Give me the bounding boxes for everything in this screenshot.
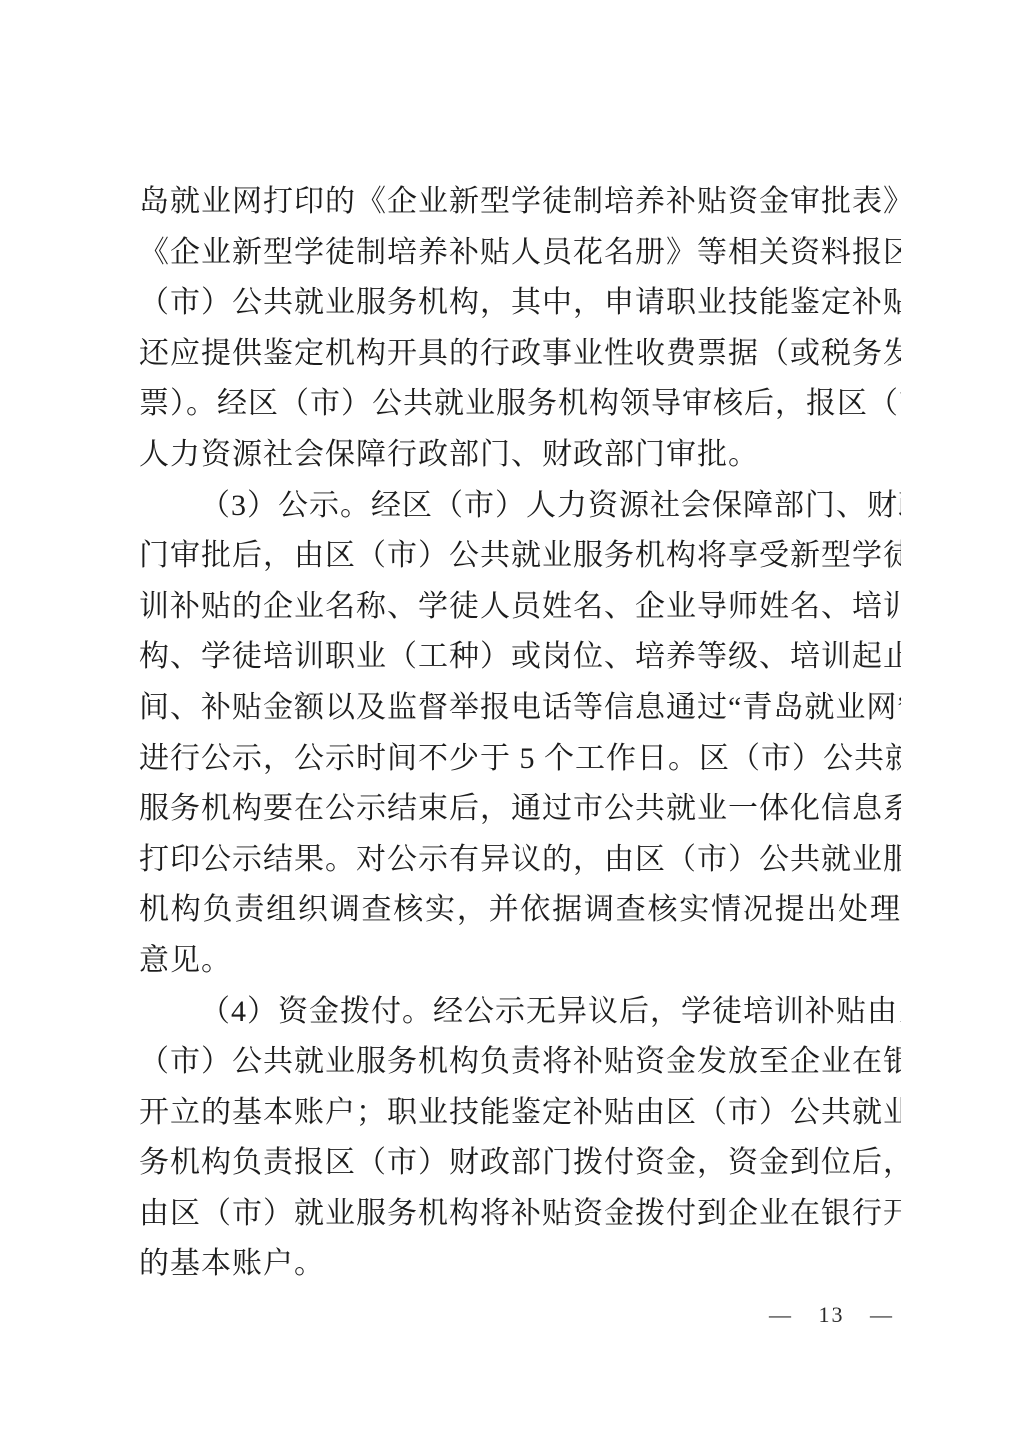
text-line: 人力资源社会保障行政部门、财政部门审批。 [139,430,901,481]
text-line: （市）公共就业服务机构负责将补贴资金发放至企业在银行 [139,1037,901,1088]
text-line: 由区（市）就业服务机构将补贴资金拨付到企业在银行开立 [139,1189,901,1240]
text-line: 门审批后，由区（市）公共就业服务机构将享受新型学徒培 [139,531,901,582]
text-line: 打印公示结果。对公示有异议的，由区（市）公共就业服务 [139,835,901,886]
text-line: 进行公示，公示时间不少于 5 个工作日。区（市）公共就业 [139,734,901,785]
text-line: 开立的基本账户；职业技能鉴定补贴由区（市）公共就业服 [139,1088,901,1139]
page-number: — 13 — [769,1300,894,1330]
text-line: 机构负责组织调查核实，并依据调查核实情况提出处理 [139,885,901,936]
paragraph: （3）公示。经区（市）人力资源社会保障部门、财政部门审批后，由区（市）公共就业服… [139,481,901,987]
text-line: 还应提供鉴定机构开具的行政事业性收费票据（或税务发 [139,329,901,380]
text-line: 票）。经区（市）公共就业服务机构领导审核后，报区（市） [139,379,901,430]
text-line: 务机构负责报区（市）财政部门拨付资金，资金到位后，再 [139,1138,901,1189]
text-line: 构、学徒培训职业（工种）或岗位、培养等级、培训起止时 [139,632,901,683]
text-line: 的基本账户。 [139,1239,901,1290]
text-line: 间、补贴金额以及监督举报电话等信息通过“青岛就业网” [139,683,901,734]
text-line: 训补贴的企业名称、学徒人员姓名、企业导师姓名、培训机 [139,582,901,633]
text-line: （市）公共就业服务机构，其中，申请职业技能鉴定补贴的 [139,278,901,329]
document-body: 岛就业网打印的《企业新型学徒制培养补贴资金审批表》及《企业新型学徒制培养补贴人员… [139,177,901,1290]
text-line: 意见。 [139,936,901,987]
text-line: （4）资金拨付。经公示无异议后，学徒培训补贴由区 [139,987,901,1038]
paragraph: （4）资金拨付。经公示无异议后，学徒培训补贴由区（市）公共就业服务机构负责将补贴… [139,987,901,1291]
document-page: 岛就业网打印的《企业新型学徒制培养补贴资金审批表》及《企业新型学徒制培养补贴人员… [0,0,1024,1448]
text-line: 《企业新型学徒制培养补贴人员花名册》等相关资料报区 [139,228,901,279]
text-line: （3）公示。经区（市）人力资源社会保障部门、财政部 [139,481,901,532]
text-line: 岛就业网打印的《企业新型学徒制培养补贴资金审批表》及 [139,177,901,228]
text-line: 服务机构要在公示结束后，通过市公共就业一体化信息系统 [139,784,901,835]
paragraph: 岛就业网打印的《企业新型学徒制培养补贴资金审批表》及《企业新型学徒制培养补贴人员… [139,177,901,481]
